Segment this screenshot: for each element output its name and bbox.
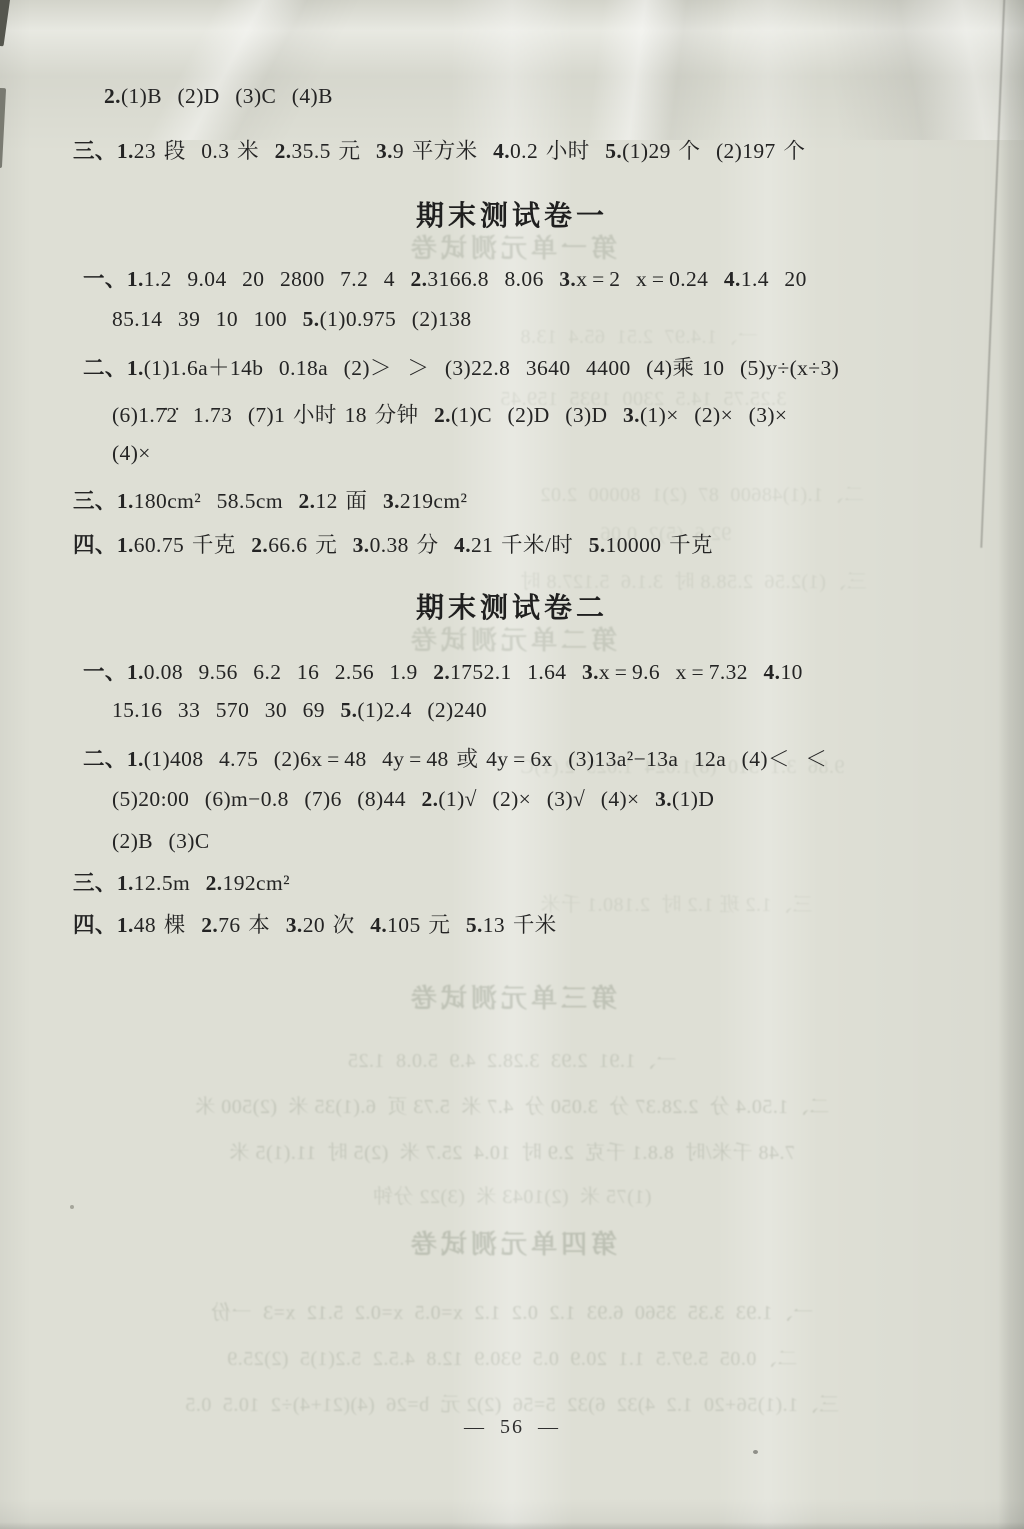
answer-item-marker: 4. [370, 913, 387, 937]
ghost-text-line: 二、1.50.4 分 2.28.37 分 3.050 分 4.7 米 5.73 … [67, 1090, 957, 1119]
answer-item-marker: 2. [104, 84, 121, 108]
answer-text: 48 棵 [134, 913, 202, 937]
answer-text: (4)× [112, 441, 151, 465]
answer-text: 0.08 9.56 6.2 16 2.56 1.9 [144, 660, 433, 684]
answer-item-marker: 3. [655, 787, 672, 811]
answer-line: 一、1.0.08 9.56 6.2 16 2.56 1.9 2.1752.1 1… [83, 655, 803, 686]
paper-speck [753, 1450, 758, 1454]
answer-item-marker: 1. [117, 871, 134, 895]
answer-text: (1)408 4.75 (2)6x = 48 4y = 48 或 4y = 6x… [144, 747, 828, 771]
answer-text: 23 段 0.3 米 [134, 139, 275, 163]
scan-edge-bottom [0, 1522, 1024, 1529]
paper-crease-line [980, 0, 1005, 548]
answer-line: (6)1.7̇2̇ 1.73 (7)1 小时 18 分钟 2.(1)C (2)D… [112, 398, 787, 429]
answer-item-marker: 1. [127, 660, 144, 684]
answer-item-marker: 三、 [73, 139, 117, 163]
answer-item-marker: 2. [206, 871, 223, 895]
answer-line: 二、1.(1)408 4.75 (2)6x = 48 4y = 48 或 4y … [83, 742, 827, 773]
ghost-text-line: 二、1.(1)48600 87 (2)1 80000 2.02 [540, 478, 864, 507]
answer-text: 1.2 9.04 20 2800 7.2 4 [144, 267, 411, 291]
answer-item-marker: 1. [127, 356, 144, 380]
answer-line: (5)20:00 (6)m−0.8 (7)6 (8)44 2.(1)√ (2)×… [112, 787, 714, 812]
answer-text: 13 千米 [483, 913, 557, 937]
answer-text: (1)29 个 (2)197 个 [622, 139, 805, 163]
answer-text: 192cm² [223, 871, 290, 895]
answer-text: 66.6 元 [268, 533, 352, 557]
ghost-text-line: 三、1.(1)56+20 1.2 4)32 6)32 5=56 (2)2 元 b… [67, 1388, 957, 1417]
scanned-document: { "page": { "number_label": "\u2014 56 \… [0, 0, 1024, 1529]
answer-item-marker: 4. [724, 267, 741, 291]
page-number: — 56 — [0, 1416, 1024, 1439]
answer-line: 四、1.60.75 千克 2.66.6 元 3.0.38 分 4.21 千米/时… [73, 528, 713, 559]
answer-item-marker: 四、 [73, 533, 117, 557]
ghost-text-line: 7.48 千米/时 8.8.1 千克 2.9 时 10.4 25.7 米 (2)… [67, 1136, 957, 1165]
answer-text: 76 本 [218, 913, 286, 937]
answer-text: 21 千米/时 [471, 533, 589, 557]
answer-item-marker: 2. [421, 787, 438, 811]
ghost-text-line: 一、1.91 2.93 3.28.2 4.9 5.0.8 1.25 [67, 1044, 957, 1073]
ghost-text-line: (1)75 米 (2)1043 米 (3)22 分钟 [67, 1180, 957, 1209]
answer-text: x = 2 x = 0.24 [576, 267, 724, 291]
answer-item-marker: 三、 [73, 871, 117, 895]
answer-line: 一、1.1.2 9.04 20 2800 7.2 4 2.3166.8 8.06… [83, 262, 807, 293]
answer-item-marker: 1. [117, 139, 134, 163]
answer-item-marker: 二、 [83, 747, 127, 771]
ghost-text-line: 一、1.93 3.35 3560 6.93 1.2 0.2 1.2 x=0.5 … [67, 1296, 957, 1325]
answer-text: 1752.1 1.64 [450, 660, 582, 684]
answer-text: (1)1.6a＋14b 0.18a (2)＞ ＞ (3)22.8 3640 44… [144, 356, 839, 380]
answer-item-marker: 1. [117, 533, 134, 557]
answer-text: 12 面 [315, 489, 383, 513]
answer-line: 二、1.(1)1.6a＋14b 0.18a (2)＞ ＞ (3)22.8 364… [83, 351, 839, 382]
answer-line: 三、1.12.5m 2.192cm² [73, 866, 290, 897]
answer-item-marker: 一、 [83, 660, 127, 684]
answer-item-marker: 5. [589, 533, 606, 557]
section-heading: 期末测试卷二 [0, 586, 1024, 626]
answer-item-marker: 3. [582, 660, 599, 684]
answer-text: 10000 千克 [606, 533, 713, 557]
answer-text: 180cm² 58.5cm [134, 489, 299, 513]
answer-line: (2)B (3)C [112, 829, 210, 854]
answer-item-marker: 1. [127, 267, 144, 291]
answer-item-marker: 1. [117, 489, 134, 513]
ghost-heading: 第三单元测试卷 [0, 978, 1024, 1015]
answer-text: (1)× (2)× (3)× [640, 403, 787, 427]
answer-item-marker: 1. [117, 913, 134, 937]
answer-text: (1)0.975 (2)138 [320, 307, 472, 331]
ghost-text-line: 二、0.05 5.97.5 1.1 20.9 0.5 930.9 12.8 4.… [67, 1342, 957, 1371]
answer-text: 1.4 20 [741, 267, 807, 291]
answer-item-marker: 3. [376, 139, 393, 163]
answer-line: 2.(1)B (2)D (3)C (4)B [104, 84, 333, 109]
answer-item-marker: 4. [454, 533, 471, 557]
answer-line: (4)× [112, 441, 151, 466]
answer-item-marker: 二、 [83, 356, 127, 380]
answer-text: 0.2 小时 [510, 139, 605, 163]
answer-item-marker: 3. [559, 267, 576, 291]
answer-text: (5)20:00 (6)m−0.8 (7)6 (8)44 [112, 787, 421, 811]
answer-text: (1)2.4 (2)240 [357, 698, 487, 722]
answer-text: (1)C (2)D (3)D [451, 403, 623, 427]
answer-item-marker: 2. [275, 139, 292, 163]
answer-item-marker: 5. [340, 698, 357, 722]
paper-crumple-texture [0, 0, 1024, 140]
answer-key-page: 第一单元测试卷一、1.4.97 2.51 65.4 13.83.25.75 14… [0, 0, 1024, 1529]
answer-text: 60.75 千克 [134, 533, 252, 557]
answer-text: (1)B (2)D (3)C (4)B [121, 84, 333, 108]
answer-line: 四、1.48 棵 2.76 本 3.20 次 4.105 元 5.13 千米 [73, 908, 557, 939]
answer-item-marker: 3. [286, 913, 303, 937]
ghost-heading: 第四单元测试卷 [0, 1224, 1024, 1261]
answer-item-marker: 3. [623, 403, 640, 427]
answer-item-marker: 4. [493, 139, 510, 163]
answer-text: 12.5m [134, 871, 206, 895]
answer-item-marker: 三、 [73, 489, 117, 513]
answer-text: (1)√ (2)× (3)√ (4)× [438, 787, 655, 811]
ghost-text-line: 三、1.2 班 1.2 时 2.180.1 千米 [540, 888, 813, 917]
answer-item-marker: 2. [434, 403, 451, 427]
answer-text: (1)D [672, 787, 714, 811]
answer-item-marker: 2. [251, 533, 268, 557]
answer-item-marker: 2. [410, 267, 427, 291]
answer-text: x = 9.6 x = 7.32 [599, 660, 764, 684]
answer-item-marker: 2. [201, 913, 218, 937]
scan-edge-left [0, 88, 6, 168]
answer-text: (6)1.7̇2̇ 1.73 (7)1 小时 18 分钟 [112, 403, 434, 427]
answer-line: 15.16 33 570 30 69 5.(1)2.4 (2)240 [112, 698, 487, 723]
answer-text: 105 元 [387, 913, 466, 937]
answer-item-marker: 4. [764, 660, 781, 684]
answer-item-marker: 四、 [73, 913, 117, 937]
answer-line: 三、1.180cm² 58.5cm 2.12 面 3.219cm² [73, 484, 467, 515]
answer-item-marker: 3. [383, 489, 400, 513]
answer-text: 15.16 33 570 30 69 [112, 698, 340, 722]
answer-text: 9 平方米 [393, 139, 493, 163]
answer-item-marker: 1. [127, 747, 144, 771]
ghost-text-line: 一、1.4.97 2.51 65.4 13.8 [520, 320, 758, 349]
answer-item-marker: 2. [433, 660, 450, 684]
answer-item-marker: 5. [605, 139, 622, 163]
answer-item-marker: 2. [299, 489, 316, 513]
answer-item-marker: 一、 [83, 267, 127, 291]
answer-text: 3166.8 8.06 [427, 267, 559, 291]
section-heading: 期末测试卷一 [0, 194, 1024, 234]
answer-line: 三、1.23 段 0.3 米 2.35.5 元 3.9 平方米 4.0.2 小时… [73, 134, 805, 165]
answer-text: 219cm² [400, 489, 467, 513]
answer-text: 20 次 [303, 913, 371, 937]
answer-line: 85.14 39 10 100 5.(1)0.975 (2)138 [112, 307, 471, 332]
answer-text: (2)B (3)C [112, 829, 210, 853]
answer-item-marker: 5. [303, 307, 320, 331]
answer-text: 35.5 元 [292, 139, 376, 163]
answer-text: 0.38 分 [370, 533, 454, 557]
scan-edge-top-left [0, 0, 10, 46]
answer-item-marker: 3. [353, 533, 370, 557]
answer-item-marker: 5. [466, 913, 483, 937]
answer-text: 10 [780, 660, 802, 684]
paper-speck [70, 1205, 74, 1209]
answer-text: 85.14 39 10 100 [112, 307, 303, 331]
